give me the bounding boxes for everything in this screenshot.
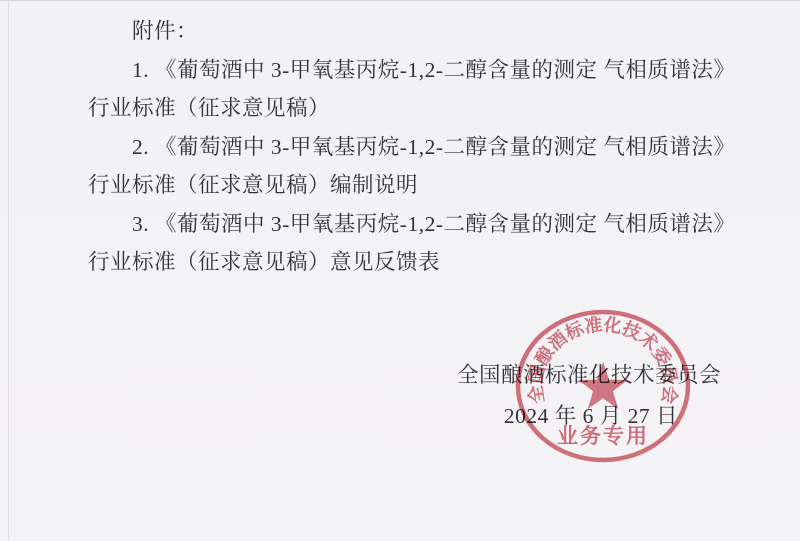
attachment-item-3-line-2: 行业标准（征求意见稿）意见反馈表 — [88, 243, 738, 282]
signature-date: 2024 年 6 月 27 日 — [0, 399, 678, 430]
attachment-item-1-line-2: 行业标准（征求意见稿） — [88, 89, 738, 128]
attachment-heading: 附件： — [88, 12, 738, 51]
scan-top-edge — [0, 0, 800, 1]
signature-committee: 全国酿酒标准化技术委员会 — [0, 358, 721, 389]
attachment-item-1-line-1: 1. 《葡萄酒中 3-甲氧基丙烷-1,2-二醇含量的测定 气相质谱法》 — [88, 51, 738, 90]
attachment-item-2-line-1: 2. 《葡萄酒中 3-甲氧基丙烷-1,2-二醇含量的测定 气相质谱法》 — [88, 128, 738, 167]
attachment-item-3-line-1: 3. 《葡萄酒中 3-甲氧基丙烷-1,2-二醇含量的测定 气相质谱法》 — [88, 205, 738, 244]
attachment-item-2-line-2: 行业标准（征求意见稿）编制说明 — [88, 166, 738, 205]
document-page: { "document": { "attachment_label": "附件：… — [0, 0, 800, 541]
scan-left-edge — [8, 0, 9, 541]
document-body: 附件： 1. 《葡萄酒中 3-甲氧基丙烷-1,2-二醇含量的测定 气相质谱法》 … — [88, 12, 738, 282]
